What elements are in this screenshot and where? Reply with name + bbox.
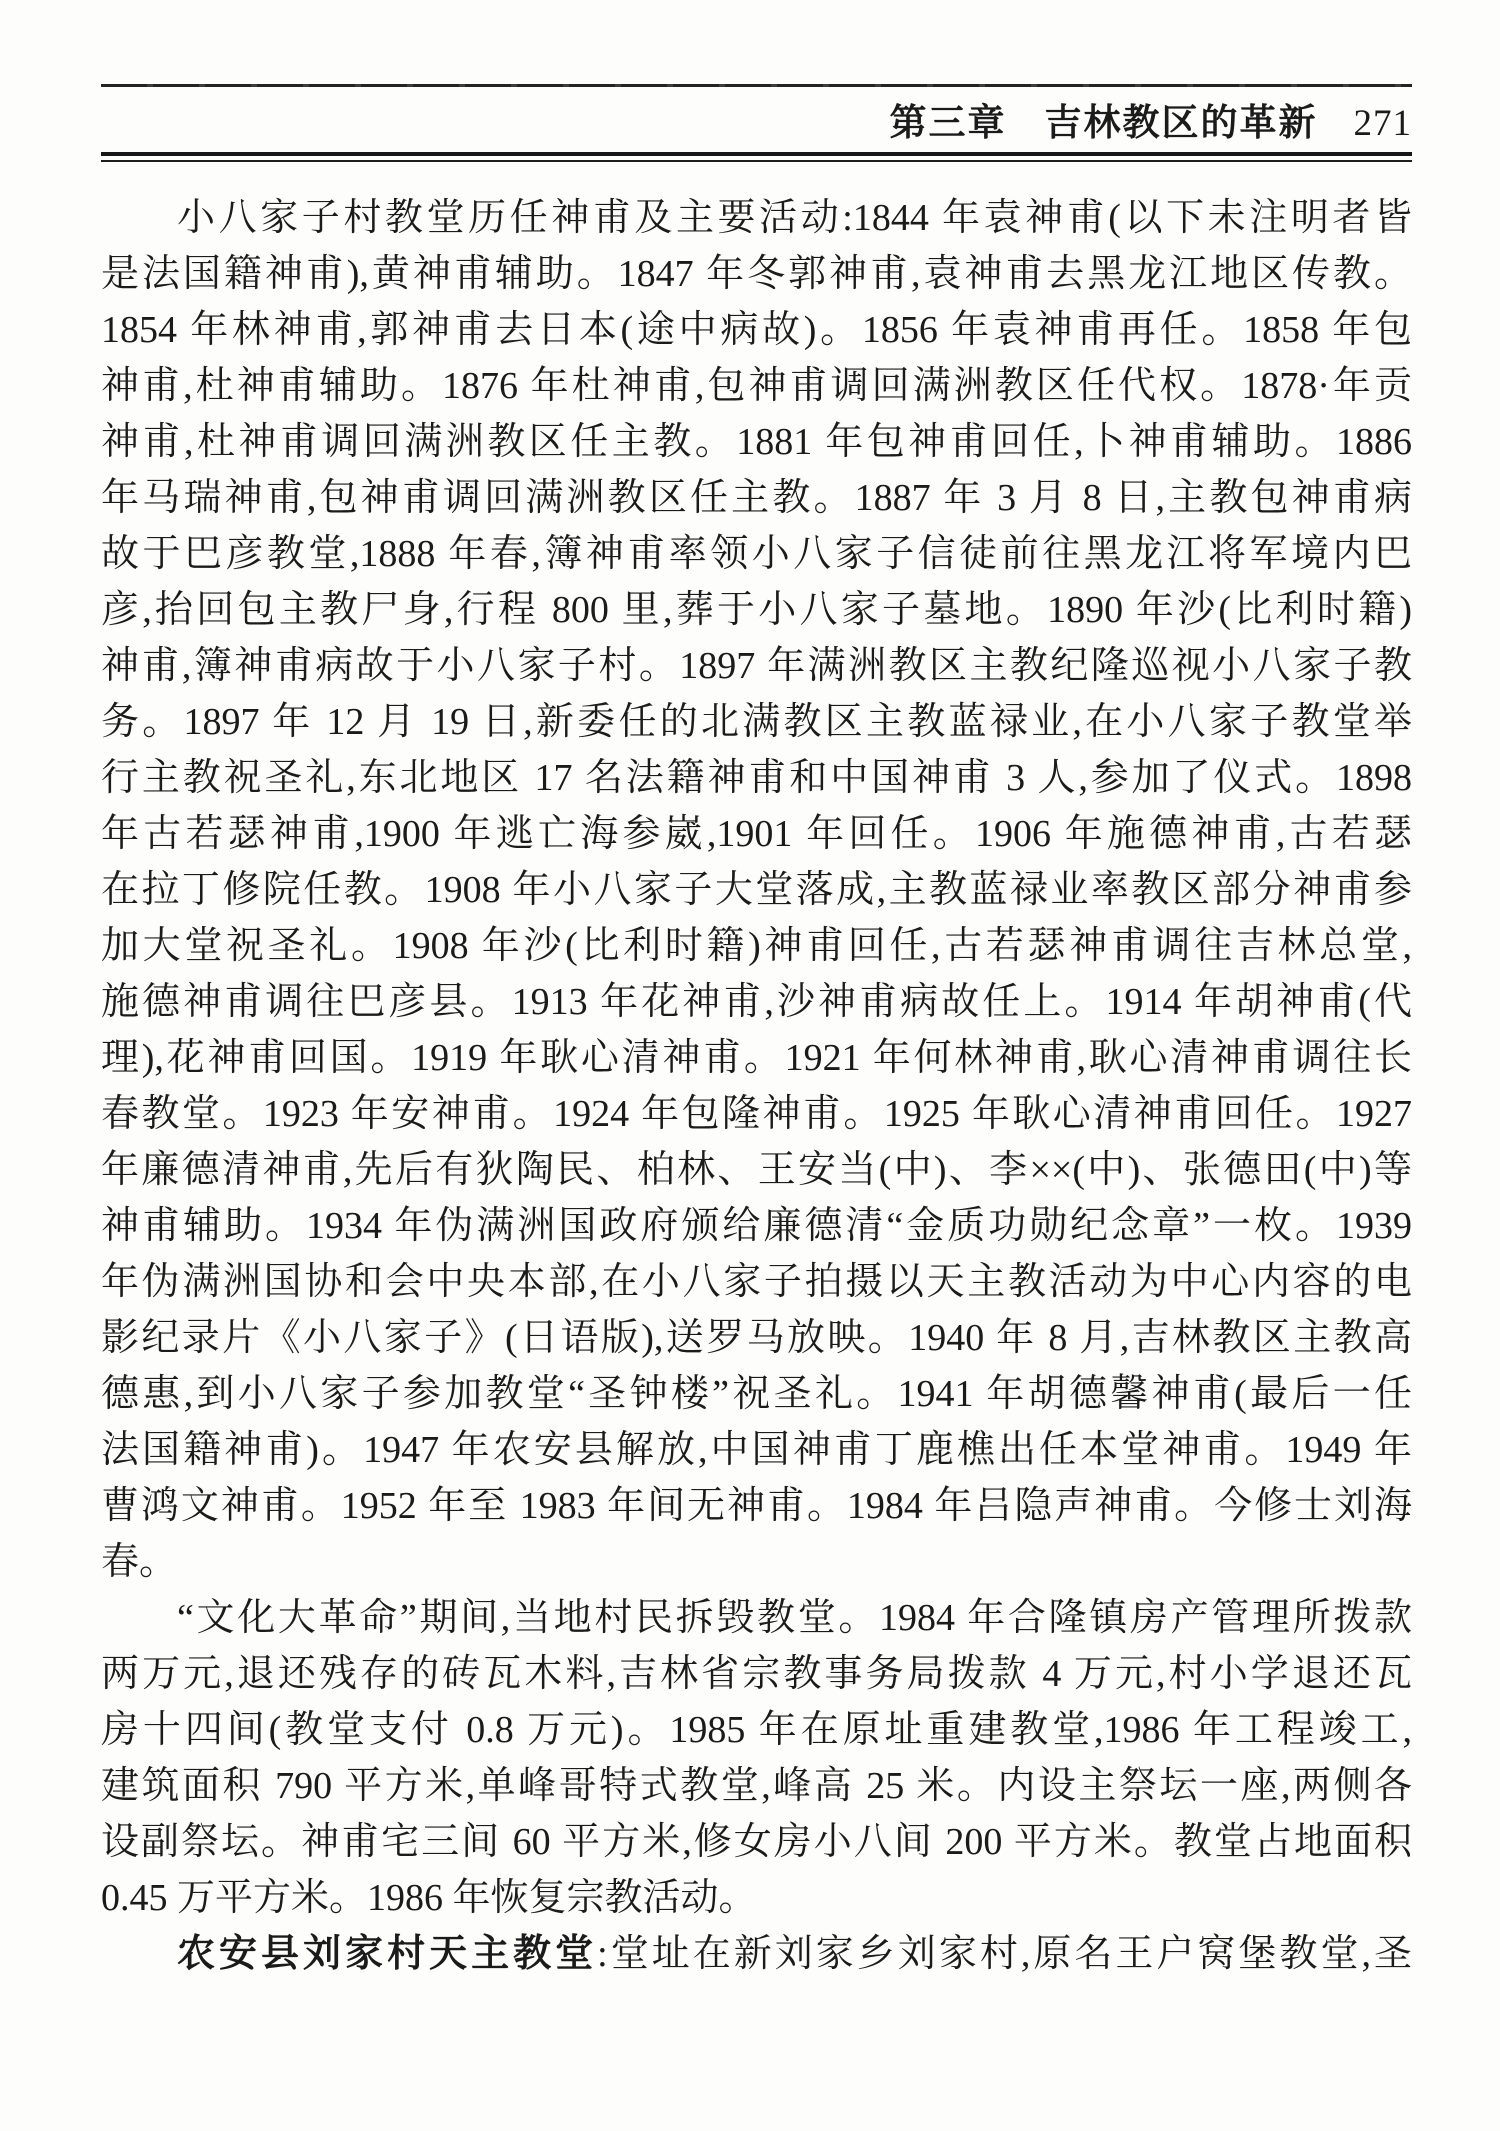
text-line: 彦,抬回包主教尸身,行程 800 里,葬于小八家子墓地。1890 年沙(比利时籍… — [101, 582, 1412, 638]
chapter-label: 第三章 — [890, 103, 1007, 144]
page-number: 271 — [1354, 103, 1413, 144]
chapter-title: 吉林教区的革新 — [1045, 103, 1318, 144]
text-line: 德惠,到小八家子参加教堂“圣钟楼”祝圣礼。1941 年胡德馨神甫(最后一任 — [101, 1366, 1412, 1422]
text-line: 建筑面积 790 平方米,单峰哥特式教堂,峰高 25 米。内设主祭坛一座,两侧各 — [101, 1758, 1412, 1814]
text-line: 理),花神甫回国。1919 年耿心清神甫。1921 年何林神甫,耿心清神甫调往长 — [101, 1030, 1412, 1086]
text-line: 曹鸿文神甫。1952 年至 1983 年间无神甫。1984 年吕隐声神甫。今修士… — [101, 1478, 1412, 1534]
text-line: 加大堂祝圣礼。1908 年沙(比利时籍)神甫回任,古若瑟神甫调往吉林总堂, — [101, 918, 1412, 974]
text-line: 两万元,退还残存的砖瓦木料,吉林省宗教事务局拨款 4 万元,村小学退还瓦 — [101, 1646, 1412, 1702]
text-line: 设副祭坛。神甫宅三间 60 平方米,修女房小八间 200 平方米。教堂占地面积 — [101, 1814, 1412, 1870]
header-rule-thin — [101, 160, 1412, 162]
top-rule — [101, 84, 1412, 87]
body-text: 小八家子村教堂历任神甫及主要活动:1844 年袁神甫(以下未注明者皆是法国籍神甫… — [101, 190, 1412, 1982]
text-line: 小八家子村教堂历任神甫及主要活动:1844 年袁神甫(以下未注明者皆 — [101, 190, 1412, 246]
paragraph-church-history: 小八家子村教堂历任神甫及主要活动:1844 年袁神甫(以下未注明者皆是法国籍神甫… — [101, 190, 1412, 1590]
scanned-book-page: 第三章吉林教区的革新271 小八家子村教堂历任神甫及主要活动:1844 年袁神甫… — [0, 0, 1500, 2131]
text-line: 1854 年林神甫,郭神甫去日本(途中病故)。1856 年袁神甫再任。1858 … — [101, 302, 1412, 358]
text-line: 房十四间(教堂支付 0.8 万元)。1985 年在原址重建教堂,1986 年工程… — [101, 1702, 1412, 1758]
text-line: 年廉德清神甫,先后有狄陶民、柏林、王安当(中)、李××(中)、张德田(中)等 — [101, 1142, 1412, 1198]
text-line: 法国籍神甫)。1947 年农安县解放,中国神甫丁鹿樵出任本堂神甫。1949 年 — [101, 1422, 1412, 1478]
paragraph-liujia-village: 农安县刘家村天主教堂:堂址在新刘家乡刘家村,原名王户窝堡教堂,圣 — [101, 1926, 1412, 1982]
text-line: 是法国籍神甫),黄神甫辅助。1847 年冬郭神甫,袁神甫去黑龙江地区传教。 — [101, 246, 1412, 302]
paragraph-cultural-revolution: “文化大革命”期间,当地村民拆毁教堂。1984 年合隆镇房产管理所拨款两万元,退… — [101, 1590, 1412, 1926]
text-line: 务。1897 年 12 月 19 日,新委任的北满教区主教蓝禄业,在小八家子教堂… — [101, 694, 1412, 750]
text-line: 行主教祝圣礼,东北地区 17 名法籍神甫和中国神甫 3 人,参加了仪式。1898 — [101, 750, 1412, 806]
text-line: 影纪录片《小八家子》(日语版),送罗马放映。1940 年 8 月,吉林教区主教高 — [101, 1310, 1412, 1366]
text-line: 神甫辅助。1934 年伪满洲国政府颁给廉德清“金质功勋纪念章”一枚。1939 — [101, 1198, 1412, 1254]
text-line: 年伪满洲国协和会中央本部,在小八家子拍摄以天主教活动为中心内容的电 — [101, 1254, 1412, 1310]
text-line: 故于巴彦教堂,1888 年春,簿神甫率领小八家子信徒前往黑龙江将军境内巴 — [101, 526, 1412, 582]
header-rule-thick — [101, 152, 1412, 156]
text-line: 春教堂。1923 年安神甫。1924 年包隆神甫。1925 年耿心清神甫回任。1… — [101, 1086, 1412, 1142]
text-line: 神甫,簿神甫病故于小八家子村。1897 年满洲教区主教纪隆巡视小八家子教 — [101, 638, 1412, 694]
text-line: 0.45 万平方米。1986 年恢复宗教活动。 — [101, 1870, 1412, 1926]
paragraph3-text: :堂址在新刘家乡刘家村,原名王户窝堡教堂,圣 — [597, 1933, 1412, 1975]
text-line: 在拉丁修院任教。1908 年小八家子大堂落成,主教蓝禄业率教区部分神甫参 — [101, 862, 1412, 918]
text-line: 春。 — [101, 1534, 1412, 1590]
text-line: “文化大革命”期间,当地村民拆毁教堂。1984 年合隆镇房产管理所拨款 — [101, 1590, 1412, 1646]
header-rule — [101, 152, 1412, 162]
text-line: 神甫,杜神甫调回满洲教区任主教。1881 年包神甫回任,卜神甫辅助。1886 — [101, 414, 1412, 470]
text-line: 年马瑞神甫,包神甫调回满洲教区任主教。1887 年 3 月 8 日,主教包神甫病 — [101, 470, 1412, 526]
text-line: 农安县刘家村天主教堂:堂址在新刘家乡刘家村,原名王户窝堡教堂,圣 — [101, 1926, 1412, 1982]
text-line: 施德神甫调往巴彦县。1913 年花神甫,沙神甫病故任上。1914 年胡神甫(代 — [101, 974, 1412, 1030]
text-line: 神甫,杜神甫辅助。1876 年杜神甫,包神甫调回满洲教区任代权。1878·年贡 — [101, 358, 1412, 414]
church-name-bold-lead: 农安县刘家村天主教堂 — [177, 1933, 597, 1975]
running-head: 第三章吉林教区的革新271 — [101, 100, 1412, 148]
text-line: 年古若瑟神甫,1900 年逃亡海参崴,1901 年回任。1906 年施德神甫,古… — [101, 806, 1412, 862]
